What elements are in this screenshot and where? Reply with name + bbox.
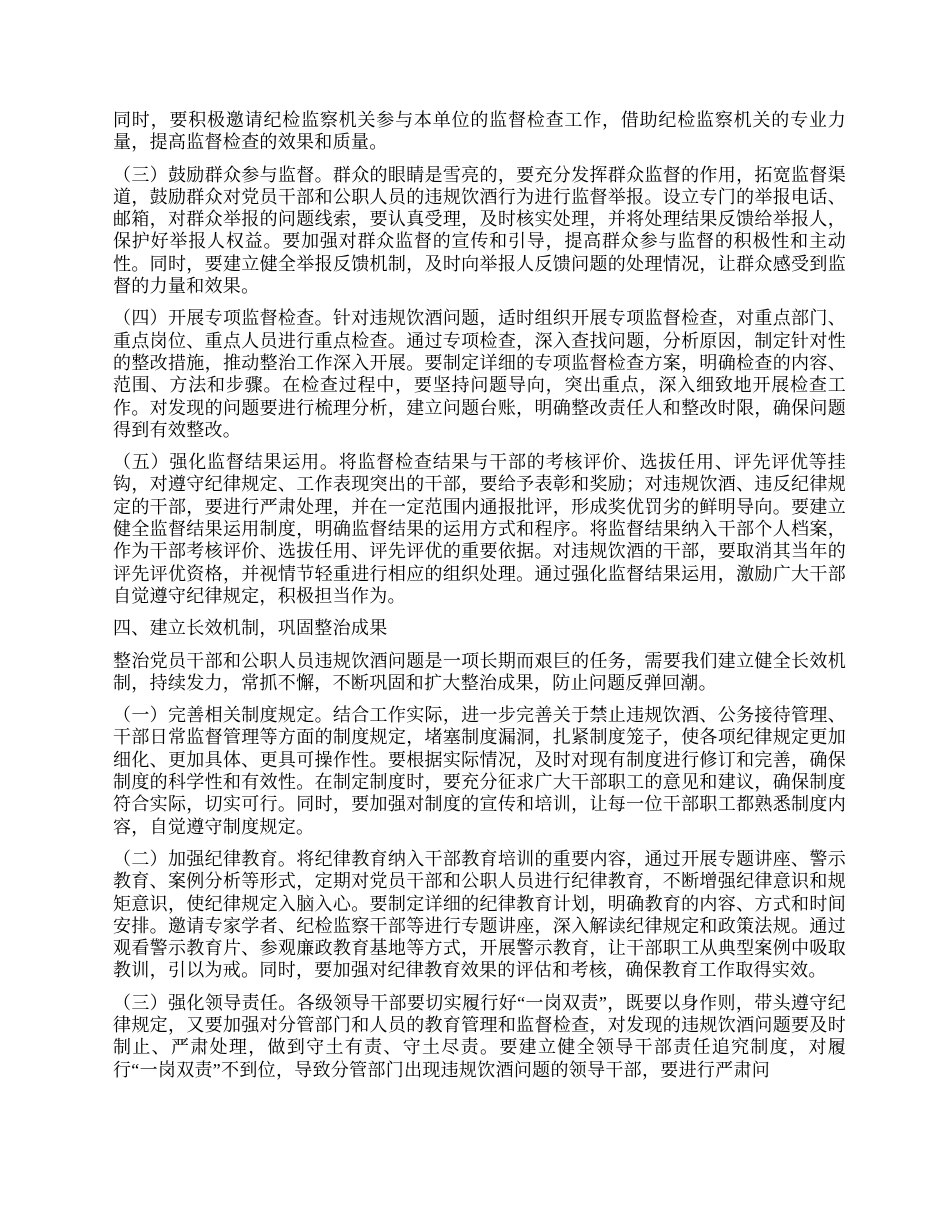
paragraph-3-leadership-responsibility: （三）强化领导责任。各级领导干部要切实履行好“一岗双责”，既要以身作则，带头遵守… — [113, 992, 846, 1081]
document-page: 同时，要积极邀请纪检监察机关参与本单位的监督检查工作，借助纪检监察机关的专业力量… — [0, 0, 950, 1230]
paragraph-1-improve-regulations: （一）完善相关制度规定。结合工作实际，进一步完善关于禁止违规饮酒、公务接待管理、… — [113, 704, 846, 838]
paragraph-supervision-continuation: 同时，要积极邀请纪检监察机关参与本单位的监督检查工作，借助纪检监察机关的专业力量… — [113, 109, 846, 154]
paragraph-section-intro: 整治党员干部和公职人员违规饮酒问题是一项长期而艰巨的任务，需要我们建立健全长效机… — [113, 650, 846, 695]
paragraph-2-discipline-education: （二）加强纪律教育。将纪律教育纳入干部教育培训的重要内容，通过开展专题讲座、警示… — [113, 848, 846, 982]
paragraph-3-mass-supervision: （三）鼓励群众参与监督。群众的眼睛是雪亮的，要充分发挥群众监督的作用，拓宽监督渠… — [113, 164, 846, 298]
section-heading-long-term-mechanism: 四、建立长效机制，巩固整治成果 — [113, 617, 846, 639]
paragraph-5-result-application: （五）强化监督结果运用。将监督检查结果与干部的考核评价、选拔任用、评先评优等挂钩… — [113, 451, 846, 607]
paragraph-4-special-inspection: （四）开展专项监督检查。针对违规饮酒问题，适时组织开展专项监督检查，对重点部门、… — [113, 307, 846, 441]
